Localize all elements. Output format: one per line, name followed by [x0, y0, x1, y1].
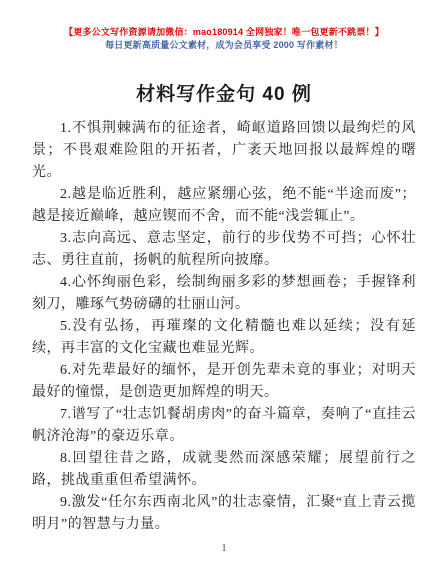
paragraph: 6.对先辈最好的缅怀，是开创先辈未竟的事业；对明天最好的憧憬，是创造更加辉煌的明… [32, 360, 416, 404]
paragraph: 4.心怀绚丽色彩，绘制绚丽多彩的梦想画卷；手握锋利刻刀，雕琢气势磅礴的壮丽山河。 [32, 272, 416, 316]
paragraph: 7.谱写了“壮志饥餐胡虏肉”的奋斗篇章，奏响了“直挂云帆济沧海”的豪迈乐章。 [32, 404, 416, 448]
promo-header: 【更多公文写作资源请加微信：mao180914 全网独家！唯一包更新不跳票！】 … [0, 26, 448, 52]
paragraph: 2.越是临近胜利，越应紧绷心弦，绝不能“半途而废”；越是接近巅峰，越应锲而不舍，… [32, 184, 416, 228]
paragraph: 8.回望往昔之路，成就斐然而深感荣耀；展望前行之路，挑战重重但希望满怀。 [32, 448, 416, 492]
paragraph: 9.激发“任尔东西南北风”的壮志豪情，汇聚“直上青云揽明月”的智慧与力量。 [32, 492, 416, 536]
paragraph: 5.没有弘扬，再璀璨的文化精髓也难以延续；没有延续，再丰富的文化宝藏也难显光辉。 [32, 316, 416, 360]
page-number: 1 [0, 543, 448, 554]
page-title: 材料写作金句 40 例 [0, 82, 448, 108]
promo-line-red: 【更多公文写作资源请加微信：mao180914 全网独家！唯一包更新不跳票！】 [0, 26, 448, 39]
document-page: 【更多公文写作资源请加微信：mao180914 全网独家！唯一包更新不跳票！】 … [0, 0, 448, 580]
paragraph: 1.不惧荆棘满布的征途者，崎岖道路回馈以最绚烂的风景；不畏艰难险阻的开拓者，广袤… [32, 118, 416, 184]
paragraph: 3.志向高远、意志坚定，前行的步伐势不可挡；心怀壮志、勇往直前，扬帆的航程所向披… [32, 228, 416, 272]
document-body: 1.不惧荆棘满布的征途者，崎岖道路回馈以最绚烂的风景；不畏艰难险阻的开拓者，广袤… [32, 118, 416, 536]
promo-line-blue: 每日更新高质量公文素材，成为会员享受 2000 写作素材！ [0, 39, 448, 52]
